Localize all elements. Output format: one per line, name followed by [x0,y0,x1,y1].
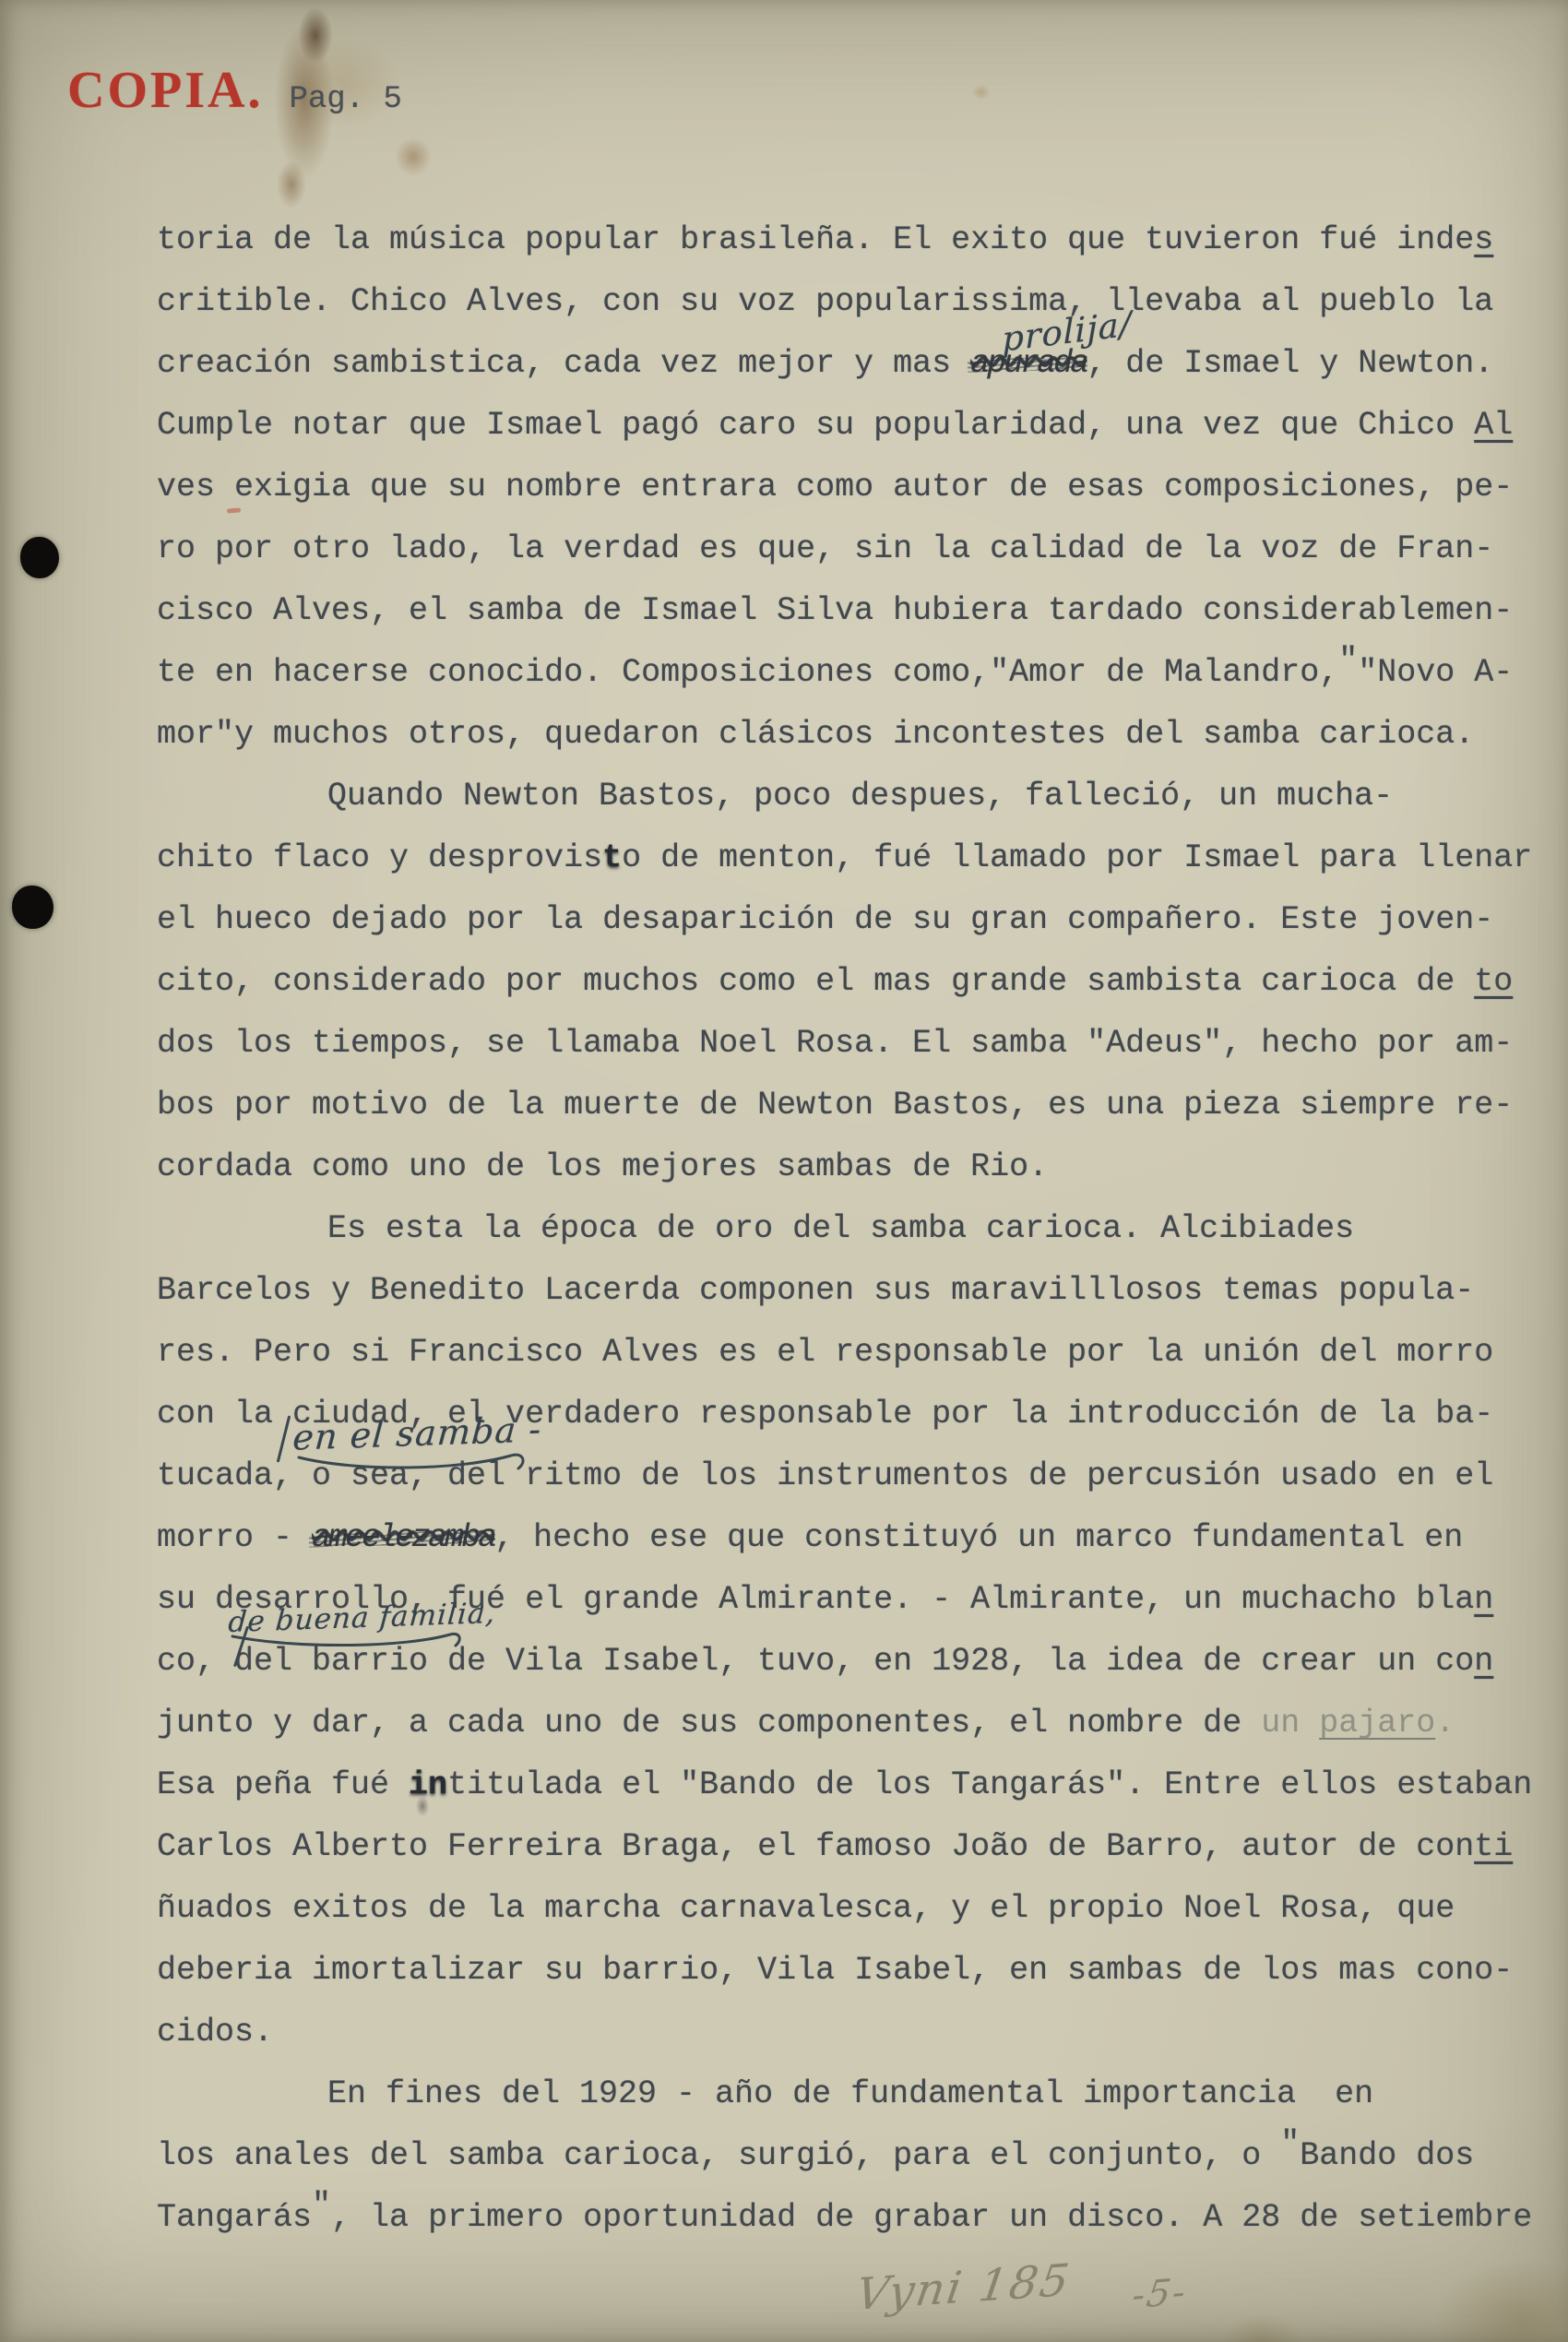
typed-segment-sup: " [1280,2125,1300,2162]
hole-punch-top [20,537,59,578]
typed-segment: Es esta la época de oro del samba carioc… [327,1210,1354,1247]
typed-line: ves exigia que su nombre entrara como au… [157,469,1554,530]
typed-segment-blot: in [409,1766,447,1803]
typed-segment-u: n [1474,1643,1493,1680]
typed-segment-sup: " [1338,642,1358,679]
typed-line: critible. Chico Alves, con su voz popula… [157,283,1554,345]
typed-segment: junto y dar, a cada uno de sus component… [157,1705,1261,1742]
typed-line: creación sambistica, cada vez mejor y ma… [157,345,1554,407]
pencil-text: Vyni 185 [853,2254,1075,2321]
copia-stamp: COPIA. [67,62,263,119]
typed-segment: , la primero oportunidad de grabar un di… [331,2199,1532,2236]
typed-segment: Carlos Alberto Ferreira Braga, el famoso… [157,1828,1474,1865]
typed-segment: creación sambistica, cada vez mejor y ma… [157,345,970,382]
pencil-page-number: -5- [1133,2273,1186,2315]
typed-segment: chito flaco y desprovis [157,839,602,876]
typed-segment-u: to [1474,963,1513,1000]
pencil-note-archive: Vyni 185 [858,2262,1069,2313]
typed-segment: En fines del 1929 - año de fundamental i… [327,2075,1373,2112]
page-number-label: Pag. 5 [289,82,401,117]
typed-line: toria de la música popular brasileña. El… [157,221,1554,283]
typed-segment: ro por otro lado, la verdad es que, sin … [157,530,1493,567]
typed-line: morro - ameelezamba, hecho ese que const… [157,1519,1554,1581]
typed-segment: o de menton, fué llamado por Ismael para… [622,839,1532,876]
typed-line: Esa peña fué intitulada el "Bando de los… [157,1766,1554,1828]
typed-segment-u: s [1474,221,1493,258]
typed-segment-faint: un [1261,1705,1319,1742]
typed-line: Quando Newton Bastos, poco despues, fall… [157,778,1554,839]
typed-segment-u: Al [1474,407,1513,444]
typed-line: te en hacerse conocido. Composiciones co… [157,654,1554,716]
typed-segment: dos los tiempos, se llamaba Noel Rosa. E… [157,1025,1513,1062]
typed-segment: Esa peña fué [157,1766,409,1803]
typed-segment: bos por motivo de la muerte de Newton Ba… [157,1087,1513,1123]
typed-segment: cidos. [157,2014,273,2051]
typed-segment: deberia imortalizar su barrio, Vila Isab… [157,1952,1513,1989]
typed-line: los anales del samba carioca, surgió, pa… [157,2137,1554,2199]
typed-segment: res. Pero si Francisco Alves es el respo… [157,1334,1493,1371]
typed-line: junto y dar, a cada uno de sus component… [157,1705,1554,1766]
typed-segment: "Novo A- [1358,654,1513,691]
typed-line: ñuados exitos de la marcha carnavalesca,… [157,1890,1554,1952]
typed-segment: morro - [157,1519,312,1556]
typed-line: Tangarás", la primero oportunidad de gra… [157,2199,1554,2261]
typed-segment-sup: " [312,2187,331,2224]
typed-segment: titulada el "Bando de los Tangarás". Ent… [447,1766,1532,1803]
typed-line: bos por motivo de la muerte de Newton Ba… [157,1087,1554,1148]
typed-segment: Bando dos [1300,2137,1474,2174]
pencil-text: -5- [1129,2271,1190,2317]
typed-line: Cumple notar que Ismael pagó caro su pop… [157,407,1554,469]
typed-line: Es esta la época de oro del samba carioc… [157,1210,1554,1272]
typed-segment: Tangarás [157,2199,312,2236]
typed-segment: toria de la música popular brasileña. El… [157,221,1474,258]
typed-segment-u: ti [1474,1828,1513,1865]
page-header: COPIA.Pag. 5 [67,61,402,120]
typed-line: el hueco dejado por la desaparición de s… [157,901,1554,963]
typed-segment: cisco Alves, el samba de Ismael Silva hu… [157,592,1513,629]
typed-line: Carlos Alberto Ferreira Braga, el famoso… [157,1828,1554,1890]
typed-segment: ves exigia que su nombre entrara como au… [157,469,1513,505]
typed-line: En fines del 1929 - año de fundamental i… [157,2075,1554,2137]
typed-line: dos los tiempos, se llamaba Noel Rosa. E… [157,1025,1554,1087]
typed-line: Barcelos y Benedito Lacerda componen sus… [157,1272,1554,1334]
typed-line: mor"y muchos otros, quedaron clásicos in… [157,716,1554,778]
typed-segment: , hecho ese que constituyó un marco fund… [494,1519,1463,1556]
scanned-typewritten-page: COPIA.Pag. 5 toria de la música popular … [0,0,1568,2342]
typed-segment: te en hacerse conocido. Composiciones co… [157,654,1338,691]
typed-segment-u: n [1474,1581,1493,1618]
typed-line: cito, considerado por muchos como el mas… [157,963,1554,1025]
handwritten-insertion-en-el-samba: en el samba - [293,1413,541,1476]
typed-segment: Quando Newton Bastos, poco despues, fall… [327,778,1393,814]
handwritten-insertion-de-buena-familia: de buena familia, [229,1601,495,1653]
typed-line: cidos. [157,2014,1554,2075]
typed-segment-blot: t [602,839,622,876]
typed-segment-faint-u: pajaro [1319,1705,1435,1742]
typed-segment: Cumple notar que Ismael pagó caro su pop… [157,407,1474,444]
typed-line: ro por otro lado, la verdad es que, sin … [157,530,1554,592]
typed-segment: ñuados exitos de la marcha carnavalesca,… [157,1890,1455,1927]
typed-line: chito flaco y desprovisto de menton, fué… [157,839,1554,901]
handwritten-text: en el samba - [291,1409,543,1457]
typed-segment: cito, considerado por muchos como el mas… [157,963,1474,1000]
typed-segment: cordada como uno de los mejores sambas d… [157,1148,1048,1185]
typed-line: res. Pero si Francisco Alves es el respo… [157,1334,1554,1396]
typed-line: cordada como uno de los mejores sambas d… [157,1148,1554,1210]
typed-segment: Barcelos y Benedito Lacerda componen sus… [157,1272,1474,1309]
typed-segment: critible. Chico Alves, con su voz popula… [157,283,1493,320]
typed-segment: mor"y muchos otros, quedaron clásicos in… [157,716,1474,753]
hole-punch-bottom [12,886,53,929]
typed-segment: , de Ismael y Newton. [1087,345,1493,382]
typed-segment: el hueco dejado por la desaparición de s… [157,901,1493,938]
typed-body: toria de la música popular brasileña. El… [157,221,1554,2261]
typed-line: deberia imortalizar su barrio, Vila Isab… [157,1952,1554,2014]
typed-segment-strike: ameelezamba [312,1519,494,1556]
typed-segment-faint: . [1435,1705,1455,1742]
typed-segment: los anales del samba carioca, surgió, pa… [157,2137,1280,2174]
